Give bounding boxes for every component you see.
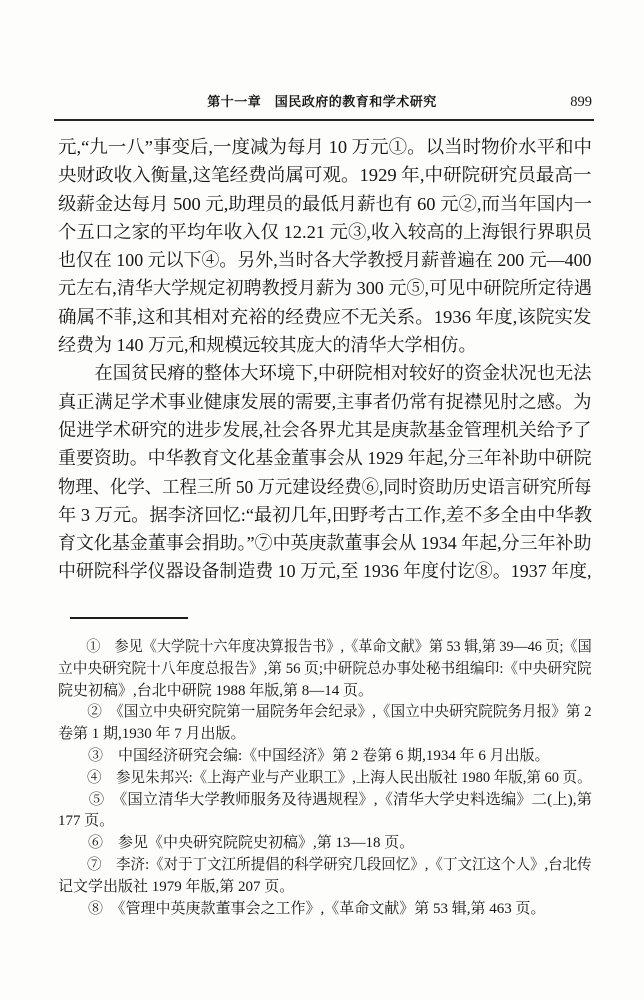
footnote-line: ① 参见《大学院十六年度决算报告书》,《革命文献》第 53 辑,第 39—46 …	[58, 637, 592, 659]
body-line: 央财政收入衡量,这笔经费尚属可观。1929 年,中研院研究员最高一	[58, 161, 592, 189]
footnote-line-text: 院史初稿》,台北中研院 1988 年版,第 8—14 页。	[58, 681, 373, 703]
footnote-line: 立中央研究院十八年度总报告》,第 56 页;中研院总办事处秘书组编印:《中央研究…	[58, 659, 592, 681]
footnote-line: 记文学出版社 1979 年版,第 207 页。	[58, 877, 592, 899]
footnote-line-text: 记文学出版社 1979 年版,第 207 页。	[58, 877, 294, 899]
body-line-text: 确属不菲,这和其相对充裕的经费应不无关系。1936 年度,该院实发	[58, 303, 591, 331]
footnote-line: ② 《国立中央研究院第一届院务年会纪录》,《国立中央研究院院务月报》第 2	[58, 702, 592, 724]
footnote-line-text: 177 页。	[58, 811, 114, 833]
footnote-line-text: ③ 中国经济研究会编:《中国经济》第 2 卷第 6 期,1934 年 6 月出版…	[58, 746, 550, 768]
body-line-text: 在国贫民瘠的整体大环境下,中研院相对较好的资金状况也无法	[58, 359, 591, 387]
body-line-text: 经费为 140 万元,和规模远较其庞大的清华大学相仿。	[58, 331, 477, 359]
body-line-text: 重要资助。中华教育文化基金董事会从 1929 年起,分三年补助中研院	[58, 444, 592, 472]
body-line: 个五口之家的平均年收入仅 12.21 元③,收入较高的上海银行界职员	[58, 218, 592, 246]
body-line: 育文化基金董事会捐助。”⑦中英庚款董事会从 1934 年起,分三年补助	[58, 529, 592, 557]
footnote-line-text: ⑥ 参见《中央研究院院史初稿》,第 13—18 页。	[58, 833, 414, 855]
body-line: 经费为 140 万元,和规模远较其庞大的清华大学相仿。	[58, 331, 592, 359]
body-line-text: 物理、化学、工程三所 50 万元建设经费⑥,同时资助历史语言研究所每	[58, 473, 592, 501]
body-line: 中研院科学仪器设备制造费 10 万元,至 1936 年度付讫⑧。1937 年度,	[58, 557, 592, 585]
footnote-line: ⑦ 李济:《对于丁文江所提倡的科学研究几段回忆》,《丁文江这个人》,台北传	[58, 855, 592, 877]
body-line: 促进学术研究的进步发展,社会各界尤其是庚款基金管理机关给予了	[58, 416, 592, 444]
footnote-line-text: 卷第 1 期,1930 年 7 月出版。	[58, 724, 246, 746]
chapter-title: 第十一章 国民政府的教育和学术研究	[0, 93, 644, 111]
body-line-text: 元,“九一八”事变后,一度减为每月 10 万元①。以当时物价水平和中	[58, 133, 592, 161]
footnote-line-text: 立中央研究院十八年度总报告》,第 56 页;中研院总办事处秘书组编印:《中央研究…	[58, 659, 592, 681]
footnote-line: 卷第 1 期,1930 年 7 月出版。	[58, 724, 592, 746]
footnote-line: 院史初稿》,台北中研院 1988 年版,第 8—14 页。	[58, 681, 592, 703]
body-line: 在国贫民瘠的整体大环境下,中研院相对较好的资金状况也无法	[58, 359, 592, 387]
footnote-line: ③ 中国经济研究会编:《中国经济》第 2 卷第 6 期,1934 年 6 月出版…	[58, 746, 592, 768]
footnote-line: ⑤ 《国立清华大学教师服务及待遇规程》,《清华大学史料选编》二(上),第	[58, 790, 592, 812]
body-line: 物理、化学、工程三所 50 万元建设经费⑥,同时资助历史语言研究所每	[58, 473, 592, 501]
body-line: 级薪金达每月 500 元,助理员的最低月薪也有 60 元②,而当年国内一	[58, 190, 592, 218]
footnote-line: ⑥ 参见《中央研究院院史初稿》,第 13—18 页。	[58, 833, 592, 855]
footnote-line-text: ② 《国立中央研究院第一届院务年会纪录》,《国立中央研究院院务月报》第 2	[58, 702, 592, 724]
page-number: 899	[570, 93, 592, 111]
body-line: 也仅在 100 元以下④。另外,当时各大学教授月薪普遍在 200 元—400	[58, 246, 592, 274]
footnote-line-text: ① 参见《大学院十六年度决算报告书》,《革命文献》第 53 辑,第 39—46 …	[58, 637, 592, 659]
header-rule	[54, 119, 594, 121]
body-line: 重要资助。中华教育文化基金董事会从 1929 年起,分三年补助中研院	[58, 444, 592, 472]
body-line-text: 央财政收入衡量,这笔经费尚属可观。1929 年,中研院研究员最高一	[58, 161, 591, 189]
body-line: 元,“九一八”事变后,一度减为每月 10 万元①。以当时物价水平和中	[58, 133, 592, 161]
body-text: 元,“九一八”事变后,一度减为每月 10 万元①。以当时物价水平和中央财政收入衡…	[58, 133, 592, 586]
body-line-text: 元左右,清华大学规定初聘教授月薪为 300 元⑤,可见中研院所定待遇	[58, 274, 592, 302]
page-header: 第十一章 国民政府的教育和学术研究 899	[0, 93, 644, 111]
body-line-text: 真正满足学术事业健康发展的需要,主事者仍常有捉襟见肘之感。为	[58, 388, 591, 416]
book-page: 第十一章 国民政府的教育和学术研究 899 元,“九一八”事变后,一度减为每月 …	[0, 0, 644, 1000]
footnote-line: ⑧ 《管理中英庚款董事会之工作》,《革命文献》第 53 辑,第 463 页。	[58, 899, 592, 921]
body-line-text: 级薪金达每月 500 元,助理员的最低月薪也有 60 元②,而当年国内一	[58, 190, 592, 218]
footnote-line-text: ⑤ 《国立清华大学教师服务及待遇规程》,《清华大学史料选编》二(上),第	[58, 790, 592, 812]
footnote-line: ④ 参见朱邦兴:《上海产业与产业职工》,上海人民出版社 1980 年版,第 60…	[58, 768, 592, 790]
body-line-text: 育文化基金董事会捐助。”⑦中英庚款董事会从 1934 年起,分三年补助	[58, 529, 592, 557]
body-line-text: 中研院科学仪器设备制造费 10 万元,至 1936 年度付讫⑧。1937 年度,	[58, 557, 592, 585]
body-line: 真正满足学术事业健康发展的需要,主事者仍常有捉襟见肘之感。为	[58, 388, 592, 416]
footnote-separator	[70, 617, 188, 619]
body-line: 元左右,清华大学规定初聘教授月薪为 300 元⑤,可见中研院所定待遇	[58, 274, 592, 302]
body-line-text: 个五口之家的平均年收入仅 12.21 元③,收入较高的上海银行界职员	[58, 218, 592, 246]
footnote-line: 177 页。	[58, 811, 592, 833]
body-line: 年 3 万元。据李济回忆:“最初几年,田野考古工作,差不多全由中华教	[58, 501, 592, 529]
body-line-text: 也仅在 100 元以下④。另外,当时各大学教授月薪普遍在 200 元—400	[58, 246, 592, 274]
body-line: 确属不菲,这和其相对充裕的经费应不无关系。1936 年度,该院实发	[58, 303, 592, 331]
body-line-text: 促进学术研究的进步发展,社会各界尤其是庚款基金管理机关给予了	[58, 416, 591, 444]
footnote-line-text: ⑧ 《管理中英庚款董事会之工作》,《革命文献》第 53 辑,第 463 页。	[58, 899, 546, 921]
footnotes: ① 参见《大学院十六年度决算报告书》,《革命文献》第 53 辑,第 39—46 …	[58, 637, 592, 920]
footnote-line-text: ④ 参见朱邦兴:《上海产业与产业职工》,上海人民出版社 1980 年版,第 60…	[58, 768, 592, 790]
body-line-text: 年 3 万元。据李济回忆:“最初几年,田野考古工作,差不多全由中华教	[58, 501, 592, 529]
footnote-line-text: ⑦ 李济:《对于丁文江所提倡的科学研究几段回忆》,《丁文江这个人》,台北传	[58, 855, 592, 877]
